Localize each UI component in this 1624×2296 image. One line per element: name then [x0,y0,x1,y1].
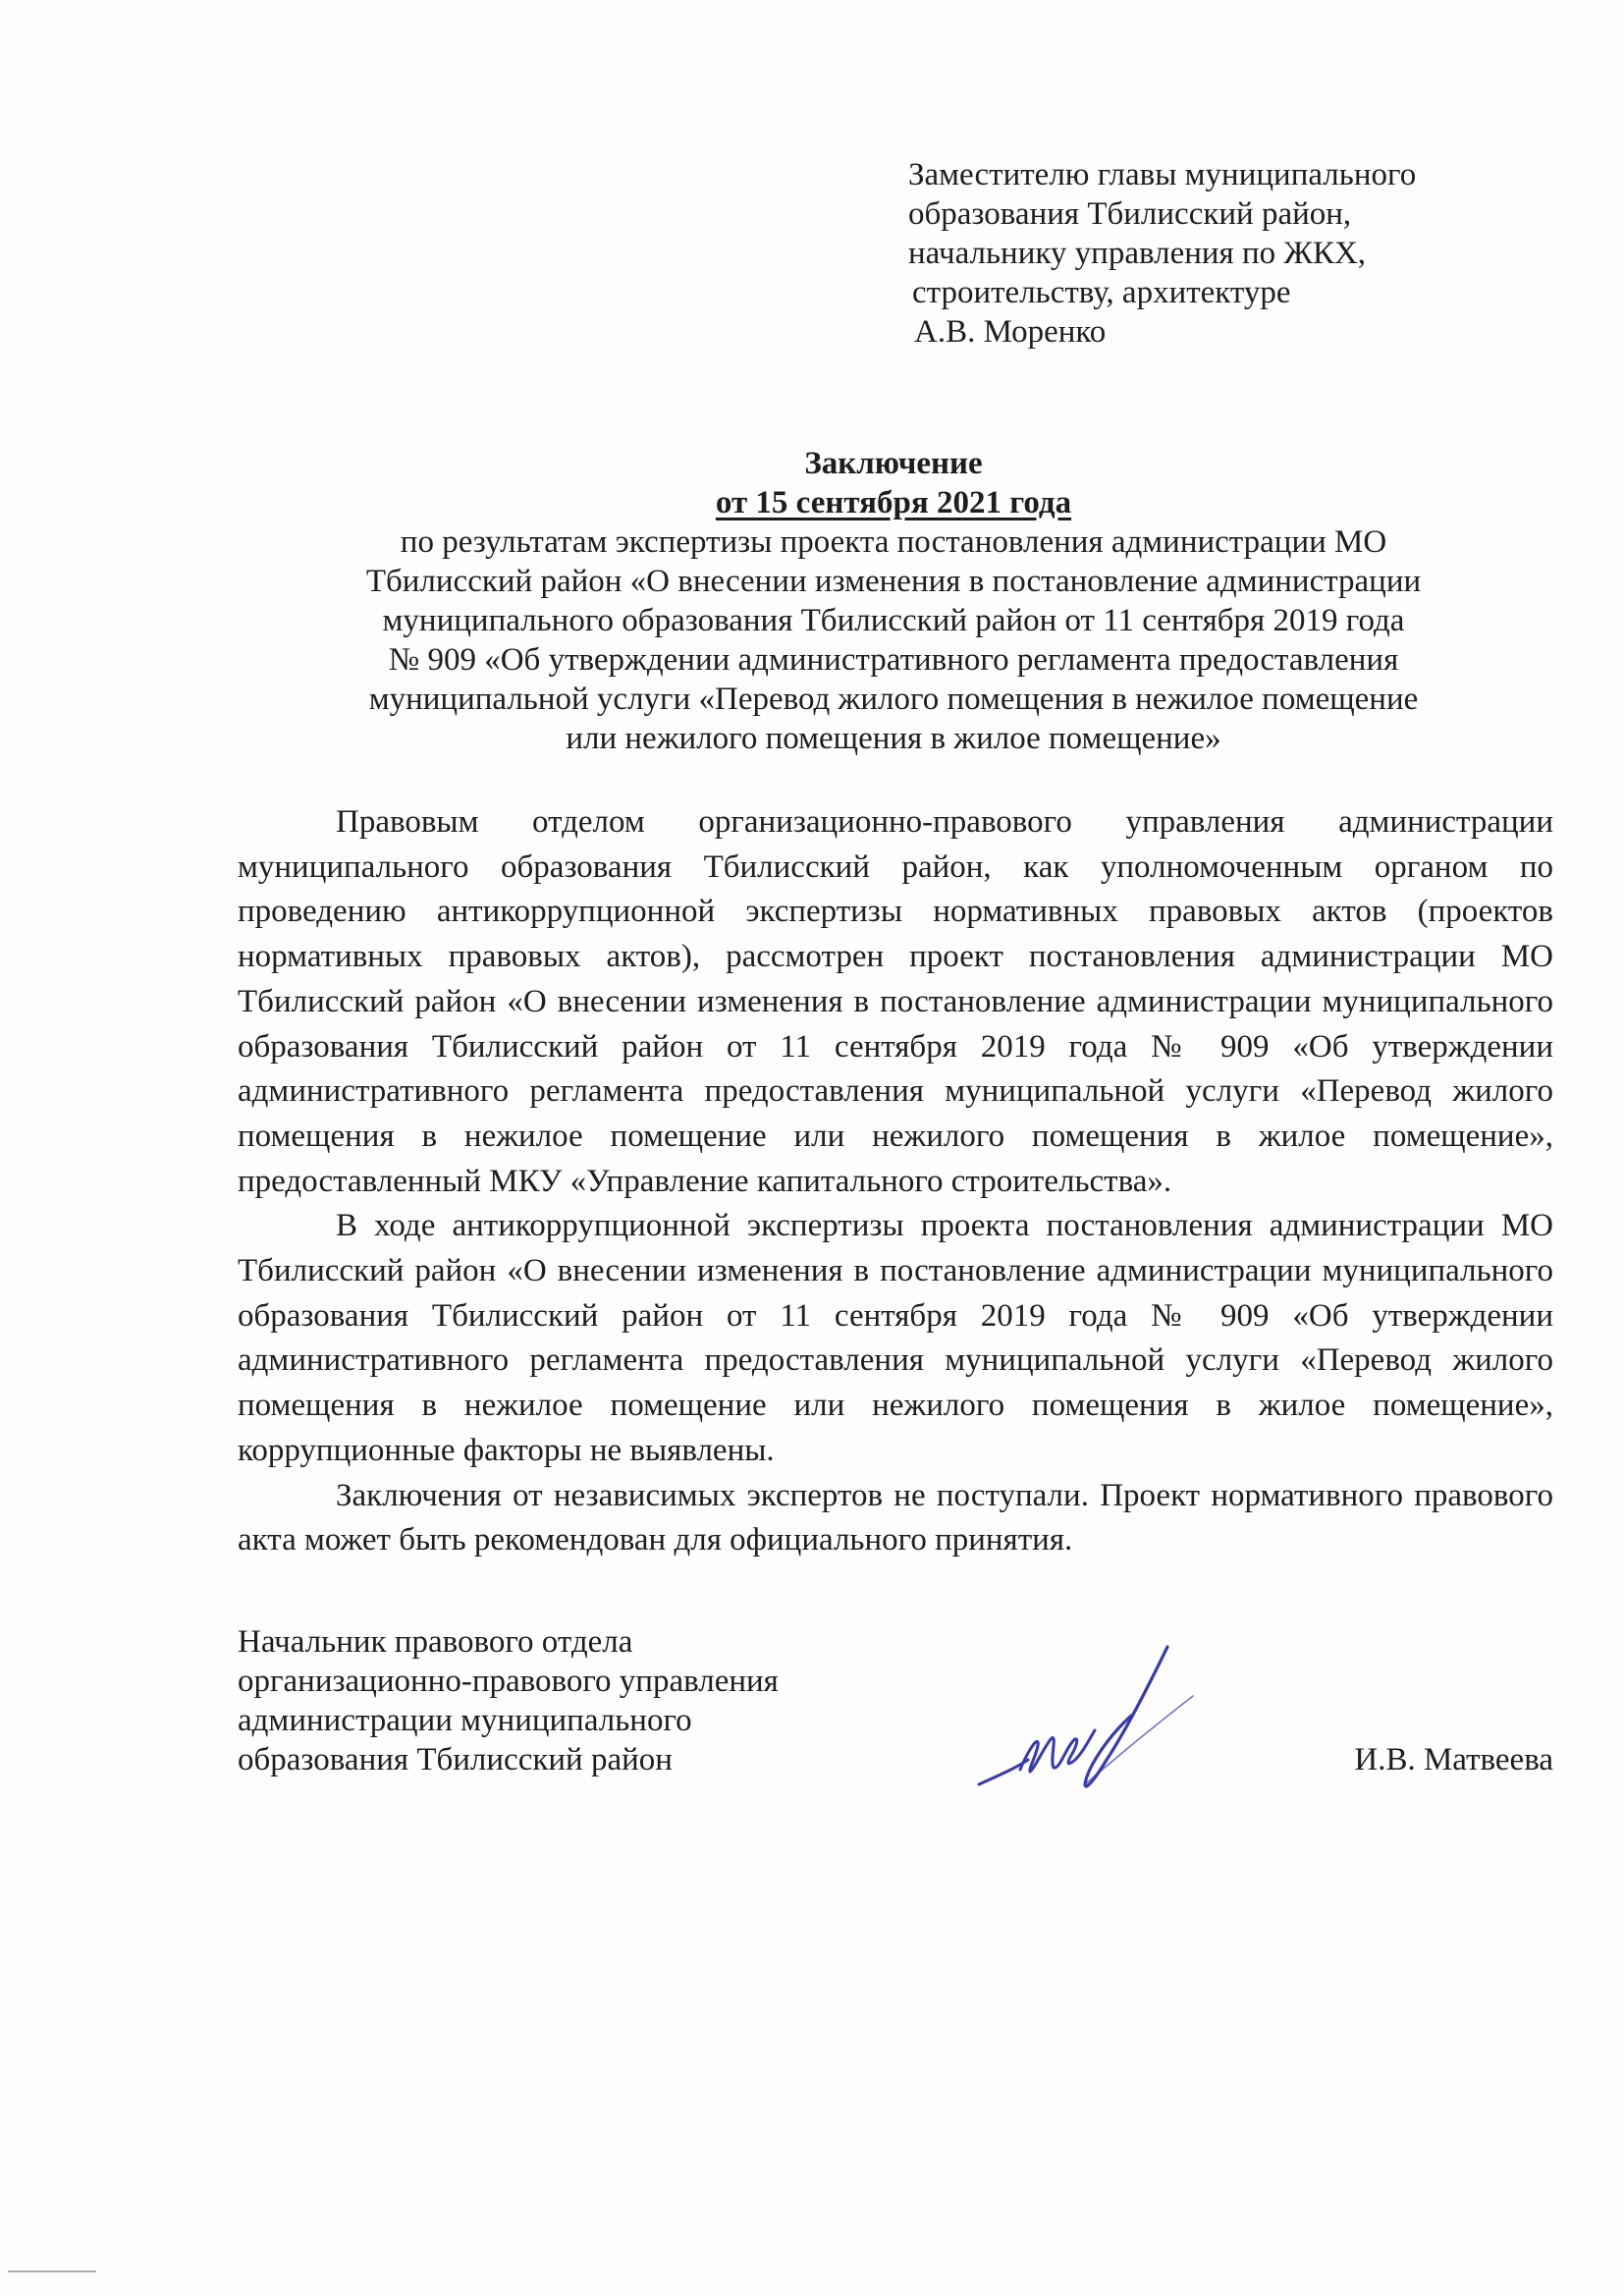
document-date: от 15 сентября 2021 года [716,485,1071,520]
position-line: организационно-правового управления [238,1662,779,1701]
subject-line: муниципальной услуги «Перевод жилого пом… [236,680,1551,719]
document-body: Правовым отделом организационно-правовог… [238,800,1553,1563]
handwritten-signature-icon [959,1622,1215,1819]
signature-block: Начальник правового отдела организационн… [238,1622,1553,1799]
position-line: администрации муниципального [238,1701,779,1740]
addressee-line: строительству, архитектуре [908,273,1416,312]
subject-line: или нежилого помещения в жилое помещение… [236,719,1551,758]
addressee-name: А.В. Моренко [908,312,1416,352]
body-paragraph: Правовым отделом организационно-правовог… [238,800,1553,1204]
subject-line: по результатам экспертизы проекта постан… [236,522,1551,562]
addressee-line: начальнику управления по ЖКХ, [908,234,1416,273]
addressee-block: Заместителю главы муниципального образов… [908,155,1416,352]
body-paragraph: В ходе антикоррупционной экспертизы прое… [238,1204,1553,1473]
signatory-name: И.В. Матвеева [1354,1740,1553,1779]
subject-line: муниципального образования Тбилисский ра… [236,601,1551,640]
subject-line: № 909 «Об утверждении административного … [236,640,1551,680]
document-heading: Заключение от 15 сентября 2021 года по р… [236,444,1551,758]
body-paragraph: Заключения от независимых экспертов не п… [238,1474,1553,1563]
addressee-line: образования Тбилисский район, [908,194,1416,234]
document-title: Заключение [236,444,1551,483]
signatory-position: Начальник правового отдела организационн… [238,1622,779,1779]
addressee-line: Заместителю главы муниципального [908,155,1416,194]
position-line: Начальник правового отдела [238,1622,779,1662]
document-page: Заместителю главы муниципального образов… [0,0,1624,2296]
position-line: образования Тбилисский район [238,1740,779,1779]
subject-line: Тбилисский район «О внесении изменения в… [236,562,1551,601]
scan-edge-line [8,2270,96,2272]
